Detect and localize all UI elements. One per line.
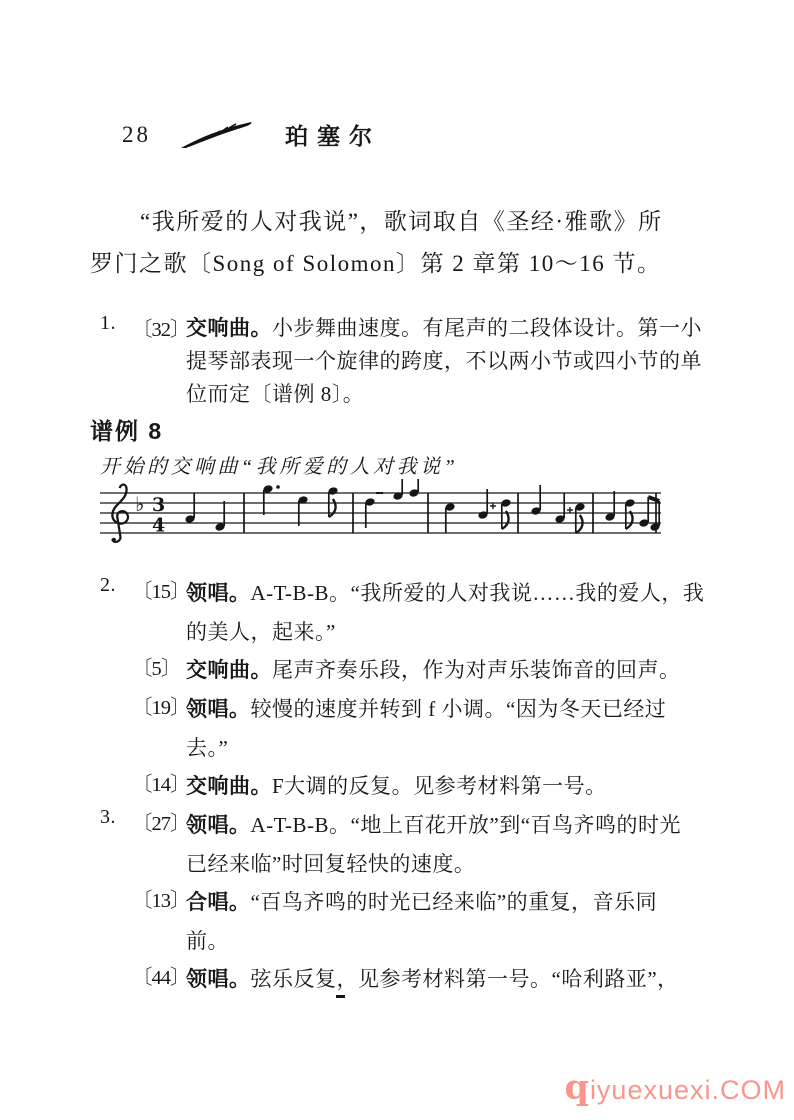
entry-body: 交响曲。小步舞曲速度。有尾声的二段体设计。第一小 提琴部表现一个旋律的跨度，不以…: [186, 312, 718, 411]
entry-rest: A-T-B-B。“地上百花开放”到“百鸟齐鸣的时光: [251, 813, 682, 837]
entry-text-line: 位而定〔谱例 8〕。: [186, 378, 718, 411]
entry-text-line: 已经来临”时回复轻快的速度。: [186, 845, 718, 883]
entry-measure-count: 〔15〕: [132, 574, 186, 604]
entry-term: 领唱。: [186, 968, 251, 991]
entry-term: 领唱。: [186, 582, 251, 605]
entry-text-line: 交响曲。小步舞曲速度。有尾声的二段体设计。第一小: [186, 312, 718, 345]
entry-text-line: 交响曲。F大调的反复。见参考材料第一号。: [186, 767, 718, 806]
entry-rest: 尾声齐奏乐段，作为对声乐装饰音的回声。: [272, 658, 681, 682]
entry-row: 〔5〕 交响曲。尾声齐奏乐段，作为对声乐装饰音的回声。: [100, 651, 718, 690]
intro-line: “我所爱的人对我说”，歌词取自《圣经·雅歌》所: [90, 201, 722, 243]
entry-row: 〔13〕 合唱。“百鸟齐鸣的时光已经来临”的重复，音乐同 前。: [100, 883, 718, 960]
intro-paragraph: “我所爱的人对我说”，歌词取自《圣经·雅歌》所 罗门之歌〔Song of Sol…: [90, 201, 722, 285]
entry-text-line: 领唱。较慢的速度并转到 f 小调。“因为冬天已经过: [186, 690, 718, 729]
book-title: 珀塞尔: [285, 118, 381, 151]
entry-body: 领唱。弦乐反复，见参考材料第一号。“哈利路亚”，: [186, 960, 718, 999]
feather-icon: [179, 121, 259, 151]
score-example-heading: 谱例 8: [90, 413, 163, 446]
page-mark-dash: [336, 995, 345, 998]
music-staff-notation: ♭ 3 4: [98, 479, 663, 557]
entry-row: 〔44〕 领唱。弦乐反复，见参考材料第一号。“哈利路亚”，: [100, 960, 718, 999]
entry-row: 3. 〔27〕 领唱。A-T-B-B。“地上百花开放”到“百鸟齐鸣的时光 已经来…: [100, 806, 718, 883]
entry-measure-count: 〔44〕: [132, 960, 186, 990]
entry-rest: 弦乐反复，见参考材料第一号。“哈利路亚”，: [251, 967, 679, 991]
entry-number: 2.: [100, 574, 132, 597]
scanned-book-page: 28 珀塞尔 “我所爱的人对我说”，歌词取自《圣经·雅歌》所 罗门之歌〔Song…: [0, 0, 794, 1120]
entry-term: 合唱。: [186, 891, 251, 914]
entry-measure-count: 〔32〕: [132, 312, 186, 342]
entry-measure-count: 〔5〕: [132, 651, 186, 681]
entry-measure-count: 〔19〕: [132, 690, 186, 720]
entry-text-line: 去。”: [186, 729, 718, 767]
entry-text-line: 交响曲。尾声齐奏乐段，作为对声乐装饰音的回声。: [186, 651, 718, 690]
entry-term: 领唱。: [186, 698, 251, 721]
entry-list-top: 1. 〔32〕 交响曲。小步舞曲速度。有尾声的二段体设计。第一小 提琴部表现一个…: [100, 312, 718, 411]
entry-body: 交响曲。F大调的反复。见参考材料第一号。: [186, 767, 718, 806]
entry-term: 领唱。: [186, 814, 251, 837]
entry-term: 交响曲。: [186, 659, 272, 682]
entry-text-line: 提琴部表现一个旋律的跨度，不以两小节或四小节的单: [186, 345, 718, 378]
entry-text-line: 领唱。A-T-B-B。“地上百花开放”到“百鸟齐鸣的时光: [186, 806, 718, 845]
entry-text-line: 领唱。A-T-B-B。“我所爱的人对我说……我的爱人，我: [186, 574, 718, 613]
entry-rest: A-T-B-B。“我所爱的人对我说……我的爱人，我: [251, 581, 705, 605]
site-watermark: qiyuexuexi.COM: [564, 1067, 786, 1108]
entry-text-line: 前。: [186, 922, 718, 960]
entry-body: 领唱。A-T-B-B。“地上百花开放”到“百鸟齐鸣的时光 已经来临”时回复轻快的…: [186, 806, 718, 883]
page-number: 28: [122, 122, 151, 148]
entry-number: 1.: [100, 312, 132, 335]
entry-number: 3.: [100, 806, 132, 829]
entry-term: 交响曲。: [186, 317, 272, 340]
treble-clef-dot: [112, 538, 116, 542]
entry-row: 〔19〕 领唱。较慢的速度并转到 f 小调。“因为冬天已经过 去。”: [100, 690, 718, 767]
entry-rest: 小步舞曲速度。有尾声的二段体设计。第一小: [272, 316, 702, 340]
entry-body: 合唱。“百鸟齐鸣的时光已经来临”的重复，音乐同 前。: [186, 883, 718, 960]
entry-body: 领唱。较慢的速度并转到 f 小调。“因为冬天已经过 去。”: [186, 690, 718, 767]
intro-line: 罗门之歌〔Song of Solomon〕第 2 章第 10～16 节。: [90, 243, 722, 285]
entry-rest: 较慢的速度并转到 f 小调。“因为冬天已经过: [251, 697, 667, 721]
page-header: 28 珀塞尔: [122, 118, 381, 151]
score-caption: 开始的交响曲“我所爱的人对我说”: [100, 450, 458, 479]
entry-text-line: 的美人，起来。”: [186, 613, 718, 651]
entry-measure-count: 〔14〕: [132, 767, 186, 797]
entry-measure-count: 〔27〕: [132, 806, 186, 836]
entry-text-line: 合唱。“百鸟齐鸣的时光已经来临”的重复，音乐同: [186, 883, 718, 922]
entry-row: 2. 〔15〕 领唱。A-T-B-B。“我所爱的人对我说……我的爱人，我 的美人…: [100, 574, 718, 651]
entry-body: 领唱。A-T-B-B。“我所爱的人对我说……我的爱人，我 的美人，起来。”: [186, 574, 718, 651]
entry-text-line: 领唱。弦乐反复，见参考材料第一号。“哈利路亚”，: [186, 960, 718, 999]
entry-row: 1. 〔32〕 交响曲。小步舞曲速度。有尾声的二段体设计。第一小 提琴部表现一个…: [100, 312, 718, 411]
entry-rest: F大调的反复。见参考材料第一号。: [272, 774, 607, 798]
entry-term: 交响曲。: [186, 775, 272, 798]
entry-list-bottom: 2. 〔15〕 领唱。A-T-B-B。“我所爱的人对我说……我的爱人，我 的美人…: [100, 574, 718, 999]
entry-body: 交响曲。尾声齐奏乐段，作为对声乐装饰音的回声。: [186, 651, 718, 690]
entry-rest: “百鸟齐鸣的时光已经来临”的重复，音乐同: [251, 890, 658, 914]
entry-measure-count: 〔13〕: [132, 883, 186, 913]
entry-row: 〔14〕 交响曲。F大调的反复。见参考材料第一号。: [100, 767, 718, 806]
